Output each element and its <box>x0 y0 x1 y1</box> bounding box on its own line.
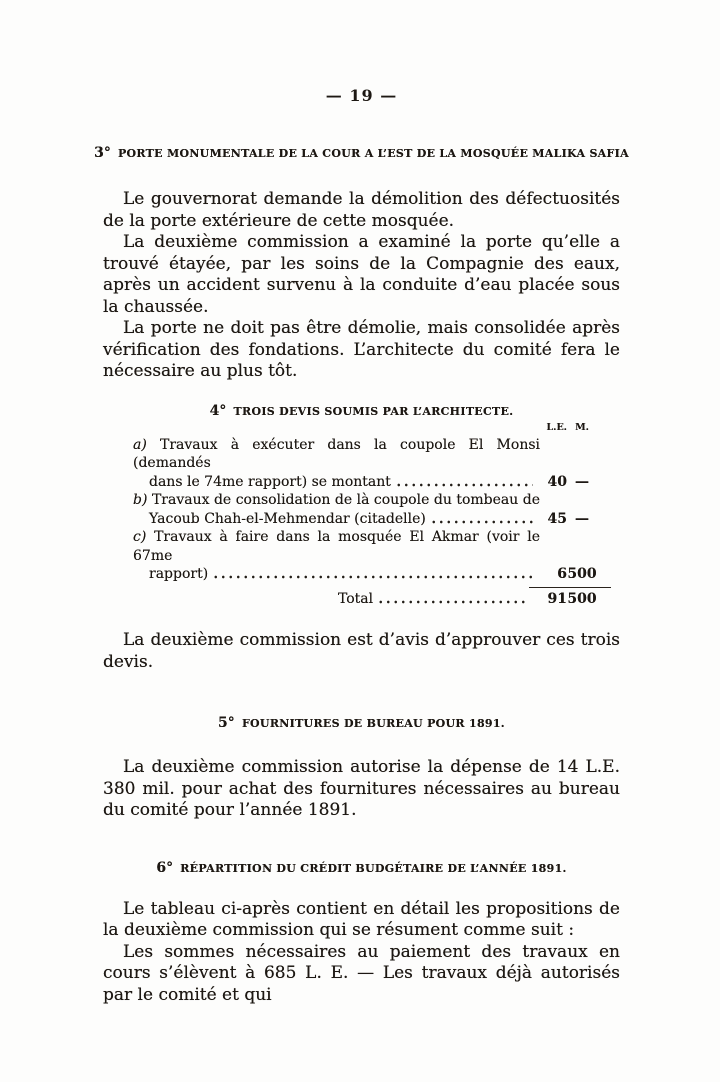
section-5-body: La deuxième commission autorise la dépen… <box>103 757 620 822</box>
table-row-a-line1: a) Travaux à exécuter dans la coupole El… <box>103 436 540 473</box>
table-row-b-line1: b) Travaux de consolidation de là coupol… <box>103 491 540 510</box>
column-header-m: M. <box>567 421 597 434</box>
section-4-body: La deuxième commission est d’avis d’appr… <box>103 630 620 673</box>
section-5-number: 5° <box>218 715 235 731</box>
table-column-headers: L.E. M. <box>103 421 620 434</box>
total-amount-m: 500 <box>567 590 597 609</box>
item-a-text-cont: dans le 74me rapport) se montant <box>149 473 391 492</box>
section-5-title: FOURNITURES DE BUREAU POUR 1891. <box>242 717 505 730</box>
table-row-c-line1: c) Travaux à faire dans la mosquée El Ak… <box>103 528 540 565</box>
table-row-c-line2: rapport) 6 500 <box>103 565 620 584</box>
item-b-text: Travaux de consolidation de là coupole d… <box>152 492 540 508</box>
dot-leader <box>210 565 533 584</box>
item-b-amount-m: — <box>567 510 597 529</box>
paragraph-commission-examen: La deuxième commission a examiné la port… <box>103 232 620 318</box>
document-page: — 19 — 3° PORTE MONUMENTALE DE LA COUR A… <box>0 0 720 1082</box>
section-6-heading: 6° RÉPARTITION DU CRÉDIT BUDGÉTAIRE DE L… <box>103 861 620 876</box>
item-c-text: Travaux à faire dans la mosquée El Akmar… <box>133 529 540 564</box>
section-3-heading: 3° PORTE MONUMENTALE DE LA COUR A L’EST … <box>91 146 632 161</box>
item-b-label: b) <box>133 492 147 508</box>
page-content: — 19 — 3° PORTE MONUMENTALE DE LA COUR A… <box>0 0 720 1006</box>
section-3-body: Le gouvernorat demande la démolition des… <box>103 189 620 383</box>
devis-table: L.E. M. a) Travaux à exécuter dans la co… <box>103 421 620 609</box>
section-3-number: 3° <box>94 145 111 161</box>
section-4-number: 4° <box>210 403 227 419</box>
item-c-label: c) <box>133 529 146 545</box>
total-amount-le: 91 <box>535 590 567 609</box>
paragraph-approuver-devis: La deuxième commission est d’avis d’appr… <box>103 630 620 673</box>
paragraph-gouvernorat: Le gouvernorat demande la démolition des… <box>103 189 620 232</box>
table-total-row: Total 91 500 <box>103 587 620 609</box>
section-3-title: PORTE MONUMENTALE DE LA COUR A L’EST DE … <box>118 147 629 160</box>
paragraph-porte-consolidee: La porte ne doit pas être démolie, mais … <box>103 318 620 383</box>
paragraph-tableau: Le tableau ci-après contient en détail l… <box>103 899 620 942</box>
table-row-b-line2: Yacoub Chah-el-Mehmendar (citadelle) 45 … <box>103 510 620 529</box>
dot-leader <box>393 473 533 492</box>
section-5-heading: 5° FOURNITURES DE BUREAU POUR 1891. <box>103 716 620 731</box>
item-c-amount-m: 500 <box>567 565 597 584</box>
section-4-title: TROIS DEVIS SOUMIS PAR L’ARCHITECTE. <box>234 405 514 418</box>
paragraph-sommes: Les sommes nécessaires au paiement des t… <box>103 942 620 1007</box>
dot-leader <box>428 510 533 529</box>
total-label: Total <box>338 590 373 609</box>
item-a-label: a) <box>133 437 147 453</box>
section-4-heading: 4° TROIS DEVIS SOUMIS PAR L’ARCHITECTE. <box>103 404 620 419</box>
page-number: — 19 — <box>103 86 620 106</box>
item-a-text: Travaux à exécuter dans la coupole El Mo… <box>133 437 540 472</box>
item-a-amount-le: 40 <box>535 473 567 492</box>
section-6-body: Le tableau ci-après contient en détail l… <box>103 899 620 1007</box>
column-header-le: L.E. <box>535 421 567 434</box>
paragraph-fournitures: La deuxième commission autorise la dépen… <box>103 757 620 822</box>
total-amounts: 91 500 <box>529 587 611 609</box>
item-a-amount-m: — <box>567 473 597 492</box>
item-c-amount-le: 6 <box>535 565 567 584</box>
item-b-text-cont: Yacoub Chah-el-Mehmendar (citadelle) <box>149 510 426 529</box>
item-b-amount-le: 45 <box>535 510 567 529</box>
dot-leader <box>375 587 527 609</box>
table-row-a-line2: dans le 74me rapport) se montant 40 — <box>103 473 620 492</box>
section-6-number: 6° <box>156 860 173 876</box>
item-c-text-cont: rapport) <box>149 565 208 584</box>
section-6-title: RÉPARTITION DU CRÉDIT BUDGÉTAIRE DE L’AN… <box>180 862 566 875</box>
